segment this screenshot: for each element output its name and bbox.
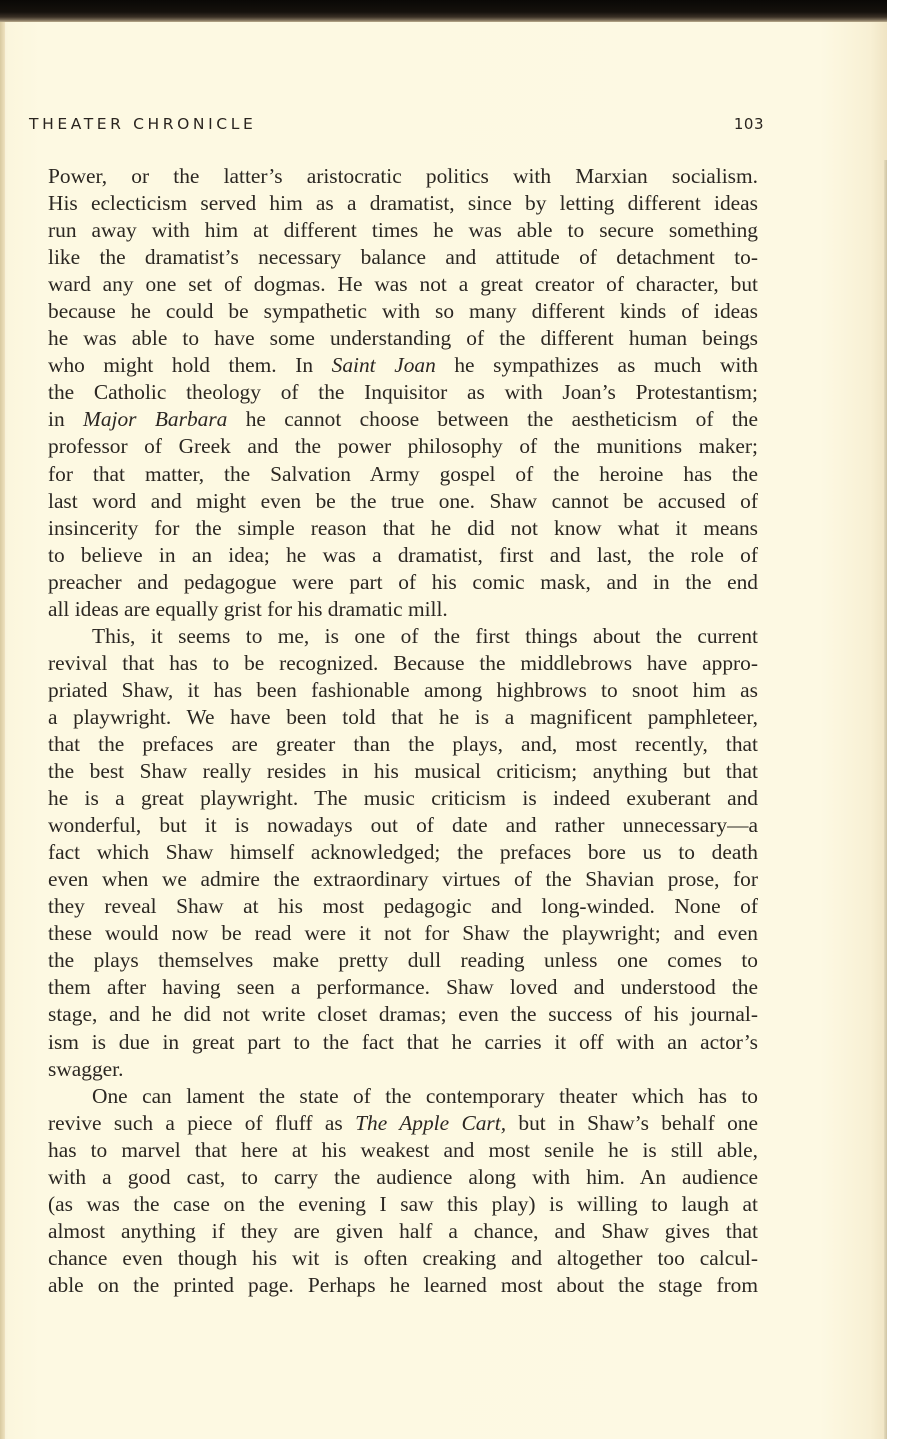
- text-line: (as was the case on the evening I saw th…: [48, 1191, 758, 1218]
- text-line: fact which Shaw himself acknowledged; th…: [48, 839, 758, 866]
- text-line: able on the printed page. Perhaps he lea…: [48, 1272, 758, 1299]
- text-run: but in Shaw’s behalf one: [506, 1111, 758, 1135]
- book-page: THEATER CHRONICLE 103 Power, or the latt…: [0, 0, 887, 1439]
- text-run: Power, or the latter’s aristocratic poli…: [48, 164, 758, 188]
- text-line: to believe in an idea; he was a dramatis…: [48, 542, 758, 569]
- text-run: for that matter, the Salvation Army gosp…: [48, 462, 758, 486]
- text-line: with a good cast, to carry the audience …: [48, 1164, 758, 1191]
- text-run: he was able to have some understanding o…: [48, 326, 758, 350]
- text-run: preacher and pedagogue were part of his …: [48, 570, 758, 594]
- text-line: stage, and he did not write closet drama…: [48, 1001, 758, 1028]
- text-line: One can lament the state of the contempo…: [48, 1083, 758, 1110]
- italic-title: Major Barbara: [83, 407, 227, 431]
- text-line: a playwright. We have been told that he …: [48, 704, 758, 731]
- text-run: stage, and he did not write closet drama…: [48, 1002, 758, 1026]
- text-run: One can lament the state of the contempo…: [92, 1084, 758, 1108]
- text-run: revive such a piece of fluff as: [48, 1111, 355, 1135]
- text-line: has to marvel that here at his weakest a…: [48, 1137, 758, 1164]
- page-top-shadow: [0, 0, 887, 22]
- text-line: last word and might even be the true one…: [48, 488, 758, 515]
- italic-title: The Apple Cart,: [355, 1111, 506, 1135]
- text-line: he is a great playwright. The music crit…: [48, 785, 758, 812]
- text-line: in Major Barbara he cannot choose betwee…: [48, 406, 758, 433]
- text-line: This, it seems to me, is one of the firs…: [48, 623, 758, 650]
- body-text: Power, or the latter’s aristocratic poli…: [48, 163, 758, 1299]
- text-run: even when we admire the extraordinary vi…: [48, 867, 758, 891]
- text-run: a playwright. We have been told that he …: [48, 705, 758, 729]
- scan-margin: [887, 0, 899, 1439]
- text-run: all ideas are equally grist for his dram…: [48, 597, 448, 621]
- text-run: fact which Shaw himself acknowledged; th…: [48, 840, 758, 864]
- text-line: chance even though his wit is often crea…: [48, 1245, 758, 1272]
- text-line: swagger.: [48, 1056, 758, 1083]
- text-line: like the dramatist’s necessary balance a…: [48, 244, 758, 271]
- text-run: with a good cast, to carry the audience …: [48, 1165, 758, 1189]
- text-run: these would now be read were it not for …: [48, 921, 758, 945]
- text-run: like the dramatist’s necessary balance a…: [48, 245, 758, 269]
- text-run: This, it seems to me, is one of the firs…: [92, 624, 758, 648]
- text-run: the plays themselves make pretty dull re…: [48, 948, 758, 972]
- text-line: Power, or the latter’s aristocratic poli…: [48, 163, 758, 190]
- text-run: wonderful, but it is nowadays out of dat…: [48, 813, 758, 837]
- text-line: ward any one set of dogmas. He was not a…: [48, 271, 758, 298]
- text-line: the best Shaw really resides in his musi…: [48, 758, 758, 785]
- page-gutter-edge: [0, 22, 5, 1439]
- text-run: able on the printed page. Perhaps he lea…: [48, 1273, 758, 1297]
- text-line: almost anything if they are given half a…: [48, 1218, 758, 1245]
- paragraph: Power, or the latter’s aristocratic poli…: [48, 163, 758, 623]
- text-line: them after having seen a performance. Sh…: [48, 974, 758, 1001]
- text-run: His eclecticism served him as a dramatis…: [48, 191, 758, 215]
- text-run: because he could be sympathetic with so …: [48, 299, 758, 323]
- text-line: the Catholic theology of the Inquisitor …: [48, 379, 758, 406]
- text-run: ward any one set of dogmas. He was not a…: [48, 272, 758, 296]
- text-run: he cannot choose between the aestheticis…: [227, 407, 758, 431]
- text-run: professor of Greek and the power philoso…: [48, 434, 758, 458]
- text-run: almost anything if they are given half a…: [48, 1219, 758, 1243]
- text-line: these would now be read were it not for …: [48, 920, 758, 947]
- text-run: that the prefaces are greater than the p…: [48, 732, 758, 756]
- text-line: they reveal Shaw at his most pedagogic a…: [48, 893, 758, 920]
- text-run: (as was the case on the evening I saw th…: [48, 1192, 758, 1216]
- text-run: to believe in an idea; he was a dramatis…: [48, 543, 758, 567]
- text-line: the plays themselves make pretty dull re…: [48, 947, 758, 974]
- text-line: because he could be sympathetic with so …: [48, 298, 758, 325]
- italic-title: Saint Joan: [332, 353, 436, 377]
- text-line: all ideas are equally grist for his dram…: [48, 596, 758, 623]
- text-line: even when we admire the extraordinary vi…: [48, 866, 758, 893]
- text-run: has to marvel that here at his weakest a…: [48, 1138, 758, 1162]
- text-run: in: [48, 407, 83, 431]
- text-line: preacher and pedagogue were part of his …: [48, 569, 758, 596]
- text-line: His eclecticism served him as a dramatis…: [48, 190, 758, 217]
- running-head: THEATER CHRONICLE 103: [29, 115, 764, 137]
- text-line: insincerity for the simple reason that h…: [48, 515, 758, 542]
- text-run: they reveal Shaw at his most pedagogic a…: [48, 894, 758, 918]
- text-line: revival that has to be recognized. Becau…: [48, 650, 758, 677]
- paragraph: One can lament the state of the contempo…: [48, 1083, 758, 1299]
- page-number: 103: [734, 115, 764, 133]
- text-run: ism is due in great part to the fact tha…: [48, 1030, 758, 1054]
- text-run: run away with him at different times he …: [48, 218, 758, 242]
- text-run: swagger.: [48, 1057, 123, 1081]
- text-line: he was able to have some understanding o…: [48, 325, 758, 352]
- text-line: that the prefaces are greater than the p…: [48, 731, 758, 758]
- text-line: ism is due in great part to the fact tha…: [48, 1029, 758, 1056]
- text-run: revival that has to be recognized. Becau…: [48, 651, 758, 675]
- text-line: priated Shaw, it has been fashionable am…: [48, 677, 758, 704]
- text-line: wonderful, but it is nowadays out of dat…: [48, 812, 758, 839]
- text-line: revive such a piece of fluff as The Appl…: [48, 1110, 758, 1137]
- text-run: he is a great playwright. The music crit…: [48, 786, 758, 810]
- text-line: who might hold them. In Saint Joan he sy…: [48, 352, 758, 379]
- text-run: the Catholic theology of the Inquisitor …: [48, 380, 758, 404]
- text-run: them after having seen a performance. Sh…: [48, 975, 758, 999]
- text-line: professor of Greek and the power philoso…: [48, 433, 758, 460]
- running-head-title: THEATER CHRONICLE: [29, 115, 256, 133]
- text-line: for that matter, the Salvation Army gosp…: [48, 461, 758, 488]
- text-run: the best Shaw really resides in his musi…: [48, 759, 758, 783]
- text-line: run away with him at different times he …: [48, 217, 758, 244]
- text-run: who might hold them. In: [48, 353, 332, 377]
- text-run: chance even though his wit is often crea…: [48, 1246, 758, 1270]
- paragraph: This, it seems to me, is one of the firs…: [48, 623, 758, 1083]
- text-run: he sympathizes as much with: [436, 353, 758, 377]
- text-run: priated Shaw, it has been fashionable am…: [48, 678, 758, 702]
- text-run: last word and might even be the true one…: [48, 489, 758, 513]
- text-run: insincerity for the simple reason that h…: [48, 516, 758, 540]
